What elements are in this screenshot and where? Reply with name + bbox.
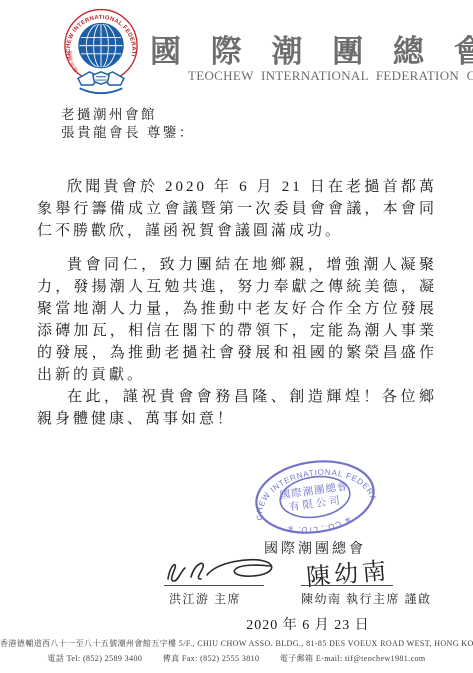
signature-underline-right	[301, 585, 393, 586]
company-seal: TEOCHEW INTERNATIONAL FEDERATION ✳ CO., …	[249, 454, 381, 540]
signature-hong-jiangyou	[160, 554, 290, 588]
footer-tel: 電話 Tel: (852) 2589 3400	[47, 654, 142, 663]
footer-contacts: 電話 Tel: (852) 2589 3400 傳真 Fax: (852) 25…	[0, 653, 473, 664]
recipient-organization: 老撾潮州會館	[61, 106, 195, 124]
letter-date: 2020 年 6 月 23 日	[228, 614, 388, 634]
body-paragraph-1: 欣聞貴會於 2020 年 6 月 21 日在老撾首都萬象舉行籌備成立會議暨第一次…	[37, 176, 437, 242]
footer-email: 電子郵箱 E-mail: tif@teochew1981.com	[280, 654, 426, 663]
letter-page: TEOCHEW INTERNATIONAL FEDERATION 國際潮團總會	[0, 0, 473, 673]
body-paragraph-2: 貴會同仁，致力團結在地鄉親，增強潮人凝聚力，發揚潮人互勉共進，努力奉獻之傳統美德…	[37, 254, 437, 386]
handshake-icon	[78, 72, 124, 93]
org-title-zh: 國 際 潮 團 總 會	[150, 26, 430, 71]
letter-footer: 香港德輔道西八十一至八十五號潮州會館五字樓 5/F., CHIU CHOW AS…	[0, 638, 473, 664]
recipient-salutation: 張貴龍會長 尊鑒：	[61, 124, 195, 142]
footer-fax: 傳真 Fax: (852) 2555 3810	[163, 654, 260, 663]
signature-label-left: 洪江游 主席	[169, 590, 241, 607]
federation-logo: TEOCHEW INTERNATIONAL FEDERATION 國際潮團總會	[60, 6, 142, 100]
signature-underline-left	[164, 585, 264, 586]
org-title-en: TEOCHEW INTERNATIONAL FEDERATION CO., LT…	[188, 68, 468, 84]
logo-globe	[79, 23, 123, 67]
recipient-block: 老撾潮州會館 張貴龍會長 尊鑒：	[61, 106, 195, 141]
signature-chen-younan: 陳幼南	[305, 550, 392, 592]
body-paragraph-3: 在此，謹祝貴會會務昌隆、創造輝煌！各位鄉親身體健康、萬事如意！	[37, 386, 437, 430]
footer-address: 香港德輔道西八十一至八十五號潮州會館五字樓 5/F., CHIU CHOW AS…	[0, 638, 473, 649]
signature-label-right: 陳幼南 執行主席 謹啟	[301, 590, 432, 607]
